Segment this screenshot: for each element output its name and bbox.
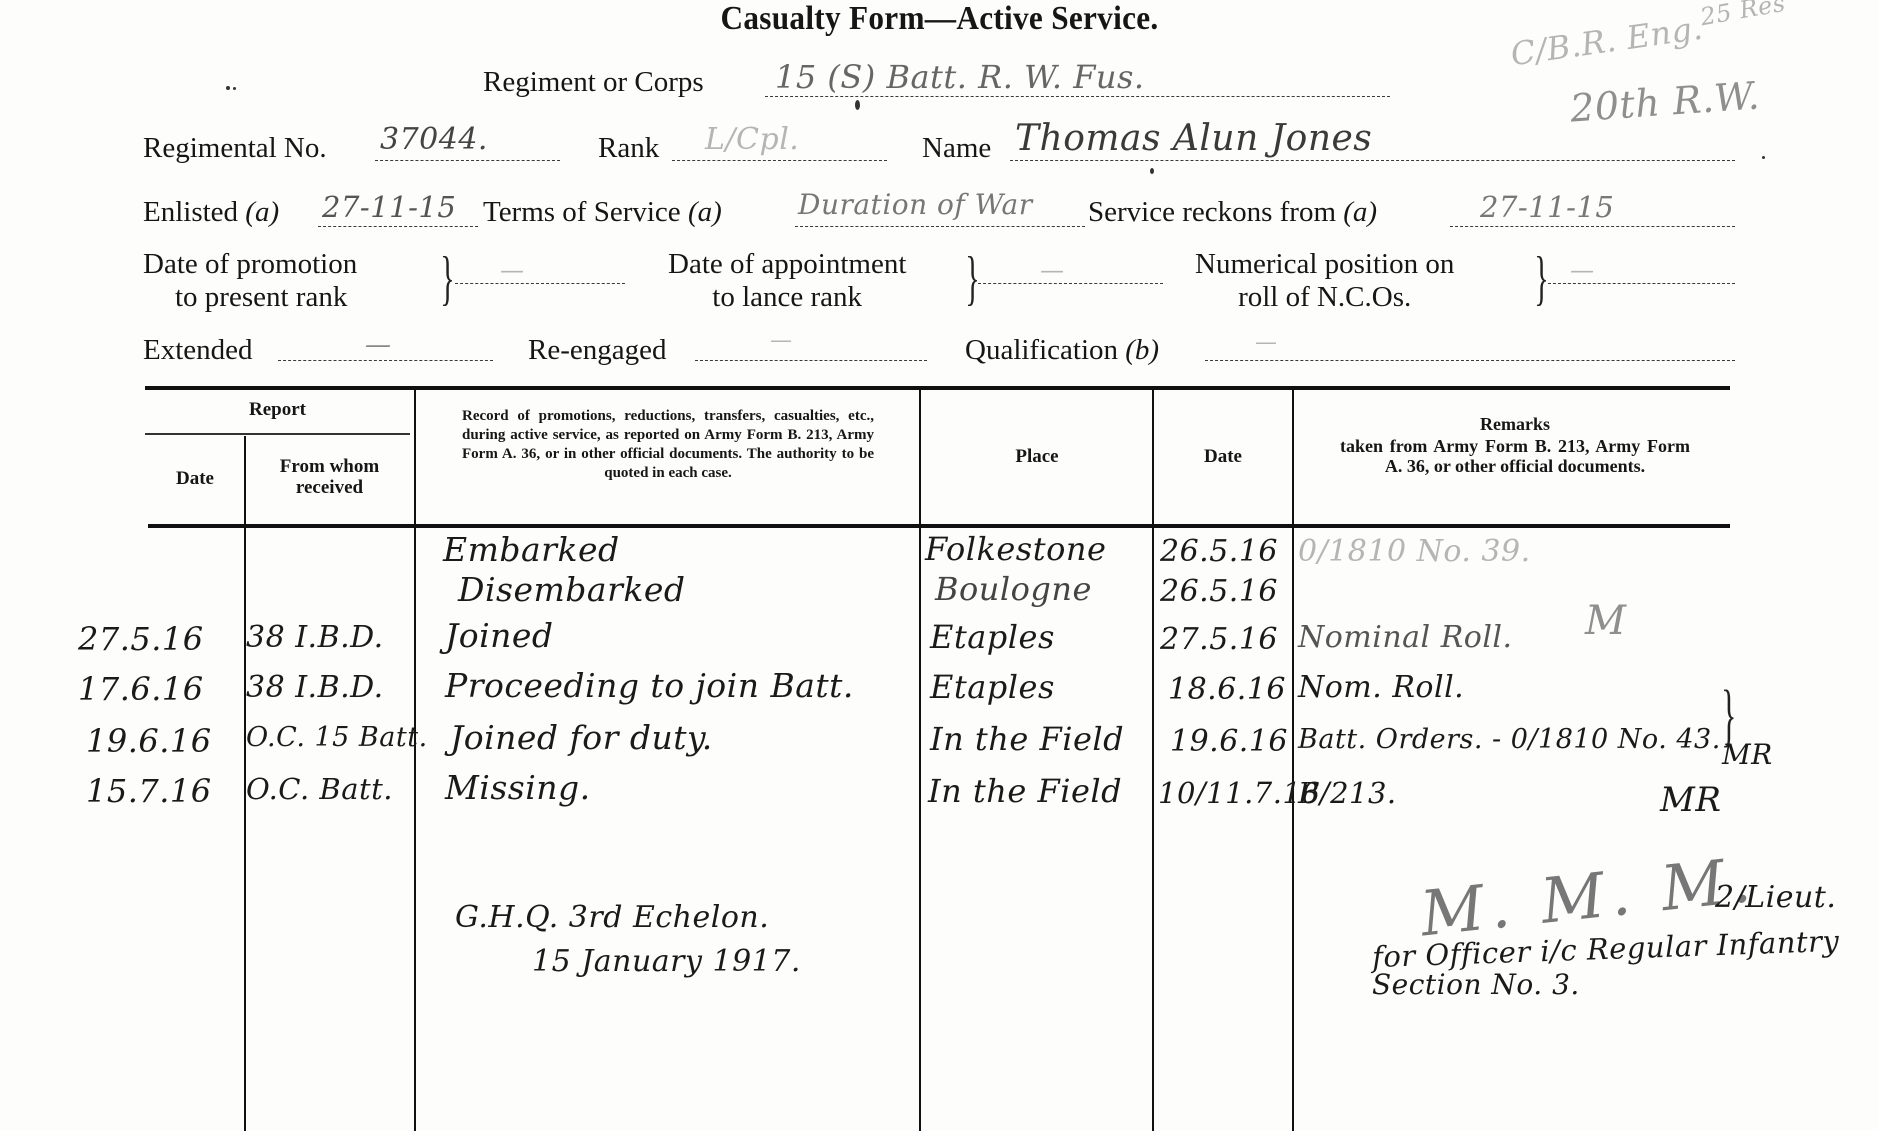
- row-4-place: In the Field: [930, 720, 1124, 758]
- row-4-date: 19.6.16: [1170, 724, 1288, 759]
- enlisted-value: 27-11-15: [322, 190, 456, 224]
- name-value: Thomas Alun Jones: [1015, 118, 1372, 159]
- ink-speck: [1762, 156, 1765, 159]
- promotion-label: Date of promotion to present rank: [143, 248, 357, 314]
- service-reckons-underline: [1450, 226, 1735, 227]
- qualification-marker: (b): [1125, 334, 1159, 366]
- table-top-rule: [145, 386, 1730, 390]
- row-3-remarks: Nom. Roll.: [1298, 670, 1464, 705]
- regimental-no-value: 37044.: [380, 122, 488, 157]
- service-reckons-value: 27-11-15: [1480, 190, 1614, 224]
- re-engaged-label: Re-engaged: [528, 334, 667, 367]
- row-4-record: Joined for duty.: [450, 718, 713, 757]
- header-remarks-sub: taken from Army Form B. 213, Army Form A…: [1340, 436, 1690, 476]
- row-3-date: 18.6.16: [1168, 672, 1286, 707]
- enlisted-label: Enlisted (a): [143, 196, 279, 229]
- service-reckons-marker: (a): [1343, 196, 1377, 228]
- column-divider-record-place: [919, 390, 921, 1131]
- row-0-remarks: 0/1810 No. 39.: [1298, 534, 1531, 569]
- row-3-report-date: 17.6.16: [78, 670, 204, 708]
- re-engaged-underline: [695, 360, 927, 361]
- corner-annotation-line2: 20th R.W.: [1569, 73, 1761, 130]
- signature-rank: 2/Lieut.: [1715, 880, 1836, 915]
- row-1-place: Boulogne: [935, 570, 1092, 608]
- row-2-from-whom: 38 I.B.D.: [246, 620, 384, 655]
- column-divider-place-date: [1152, 390, 1154, 1131]
- row-3-from-whom: 38 I.B.D.: [246, 670, 384, 705]
- rank-value: L/Cpl.: [705, 122, 799, 157]
- regiment-value: 15 (S) Batt. R. W. Fus.: [775, 58, 1145, 96]
- row-2-date: 27.5.16: [1160, 622, 1278, 657]
- promotion-label-line1: Date of promotion: [143, 248, 357, 281]
- enlisted-label-text: Enlisted: [143, 196, 238, 228]
- header-place: Place: [922, 446, 1152, 468]
- row-4-initials: MR: [1722, 738, 1773, 771]
- row-2-report-date: 27.5.16: [78, 620, 204, 658]
- row-5-place: In the Field: [928, 772, 1122, 810]
- row-0-record: Embarked: [443, 530, 620, 569]
- endorsement-line2: 15 January 1917.: [532, 944, 801, 979]
- row-3-record: Proceeding to join Batt.: [445, 666, 854, 705]
- row-2-place: Etaples: [930, 618, 1055, 656]
- appointment-underline: [978, 283, 1163, 284]
- appointment-brace: }: [965, 246, 979, 310]
- service-reckons-label-text: Service reckons from: [1088, 196, 1336, 228]
- rank-underline: [672, 160, 887, 161]
- row-0-place: Folkestone: [925, 530, 1106, 568]
- appointment-label: Date of appointment to lance rank: [668, 248, 906, 314]
- qualification-value: —: [1255, 330, 1278, 355]
- appointment-value: —: [1040, 256, 1065, 284]
- header-report-date: Date: [148, 468, 242, 490]
- rank-label: Rank: [598, 132, 659, 165]
- row-5-date: 10/11.7.16: [1158, 776, 1320, 810]
- terms-value: Duration of War: [798, 188, 1033, 221]
- promotion-brace: }: [440, 246, 454, 310]
- re-engaged-value: —: [770, 328, 793, 353]
- appointment-label-line1: Date of appointment: [668, 248, 906, 281]
- row-4-remarks: Batt. Orders. - 0/1810 No. 43.: [1298, 724, 1721, 755]
- extended-label: Extended: [143, 334, 253, 367]
- row-5-record: Missing.: [445, 768, 591, 807]
- terms-label-text: Terms of Service: [483, 196, 681, 228]
- numerical-position-label: Numerical position on roll of N.C.Os.: [1195, 248, 1454, 314]
- row-1-record: Disembarked: [458, 570, 686, 609]
- signature-line2: Section No. 3.: [1372, 968, 1580, 1001]
- terms-marker: (a): [688, 196, 722, 228]
- row-3-place: Etaples: [930, 668, 1055, 706]
- ink-speck: [226, 86, 230, 90]
- enlisted-underline: [318, 226, 478, 227]
- row-5-initials: MR: [1660, 780, 1721, 820]
- promotion-underline: [455, 283, 625, 284]
- table-header-bottom-rule: [148, 524, 1730, 528]
- row-1-date: 26.5.16: [1160, 574, 1278, 609]
- column-divider-from-record: [414, 390, 416, 1131]
- row-2-remarks: Nominal Roll.: [1298, 620, 1513, 655]
- qualification-underline: [1205, 360, 1735, 361]
- regimental-no-label: Regimental No.: [143, 132, 327, 165]
- column-divider-date-remarks: [1292, 390, 1294, 1131]
- name-underline: [1010, 160, 1735, 161]
- header-report-group: Report: [145, 399, 410, 421]
- row-0-date: 26.5.16: [1160, 534, 1278, 569]
- numerical-position-label-line1: Numerical position on: [1195, 248, 1454, 281]
- row-2-initials: M: [1585, 598, 1626, 644]
- regiment-underline: [765, 96, 1390, 97]
- terms-label: Terms of Service (a): [483, 196, 722, 229]
- row-5-from-whom: O.C. Batt.: [246, 772, 393, 806]
- ink-speck: [233, 87, 236, 90]
- service-reckons-label: Service reckons from (a): [1088, 196, 1377, 229]
- name-label: Name: [922, 132, 991, 165]
- extended-value: —: [365, 330, 392, 360]
- report-subheader-rule: [145, 433, 410, 435]
- regiment-label: Regiment or Corps: [483, 66, 704, 99]
- qualification-label-text: Qualification: [965, 334, 1118, 366]
- promotion-label-line2: to present rank: [143, 281, 357, 314]
- numerical-position-label-line2: roll of N.C.Os.: [1195, 281, 1454, 314]
- header-record: Record of promotions, reductions, transf…: [462, 407, 874, 483]
- row-2-record: Joined: [445, 616, 554, 655]
- promotion-value: —: [500, 256, 525, 284]
- appointment-label-line2: to lance rank: [668, 281, 906, 314]
- row-5-remarks: B/213.: [1298, 776, 1397, 810]
- row-4-report-date: 19.6.16: [86, 722, 212, 760]
- terms-underline: [795, 226, 1085, 227]
- header-date: Date: [1155, 446, 1291, 468]
- ink-speck: [855, 100, 860, 110]
- header-from-whom: From whom received: [252, 456, 407, 498]
- regimental-no-underline: [375, 160, 560, 161]
- row-4-from-whom: O.C. 15 Batt.: [246, 722, 428, 753]
- extended-underline: [278, 360, 493, 361]
- endorsement-line1: G.H.Q. 3rd Echelon.: [455, 900, 769, 935]
- ink-speck: [1150, 168, 1154, 174]
- header-remarks-title: Remarks: [1340, 414, 1690, 434]
- numerical-position-brace: }: [1534, 246, 1548, 310]
- qualification-label: Qualification (b): [965, 334, 1159, 367]
- numerical-position-value: —: [1570, 256, 1595, 284]
- enlisted-marker: (a): [245, 196, 279, 228]
- row-5-report-date: 15.7.16: [86, 772, 212, 810]
